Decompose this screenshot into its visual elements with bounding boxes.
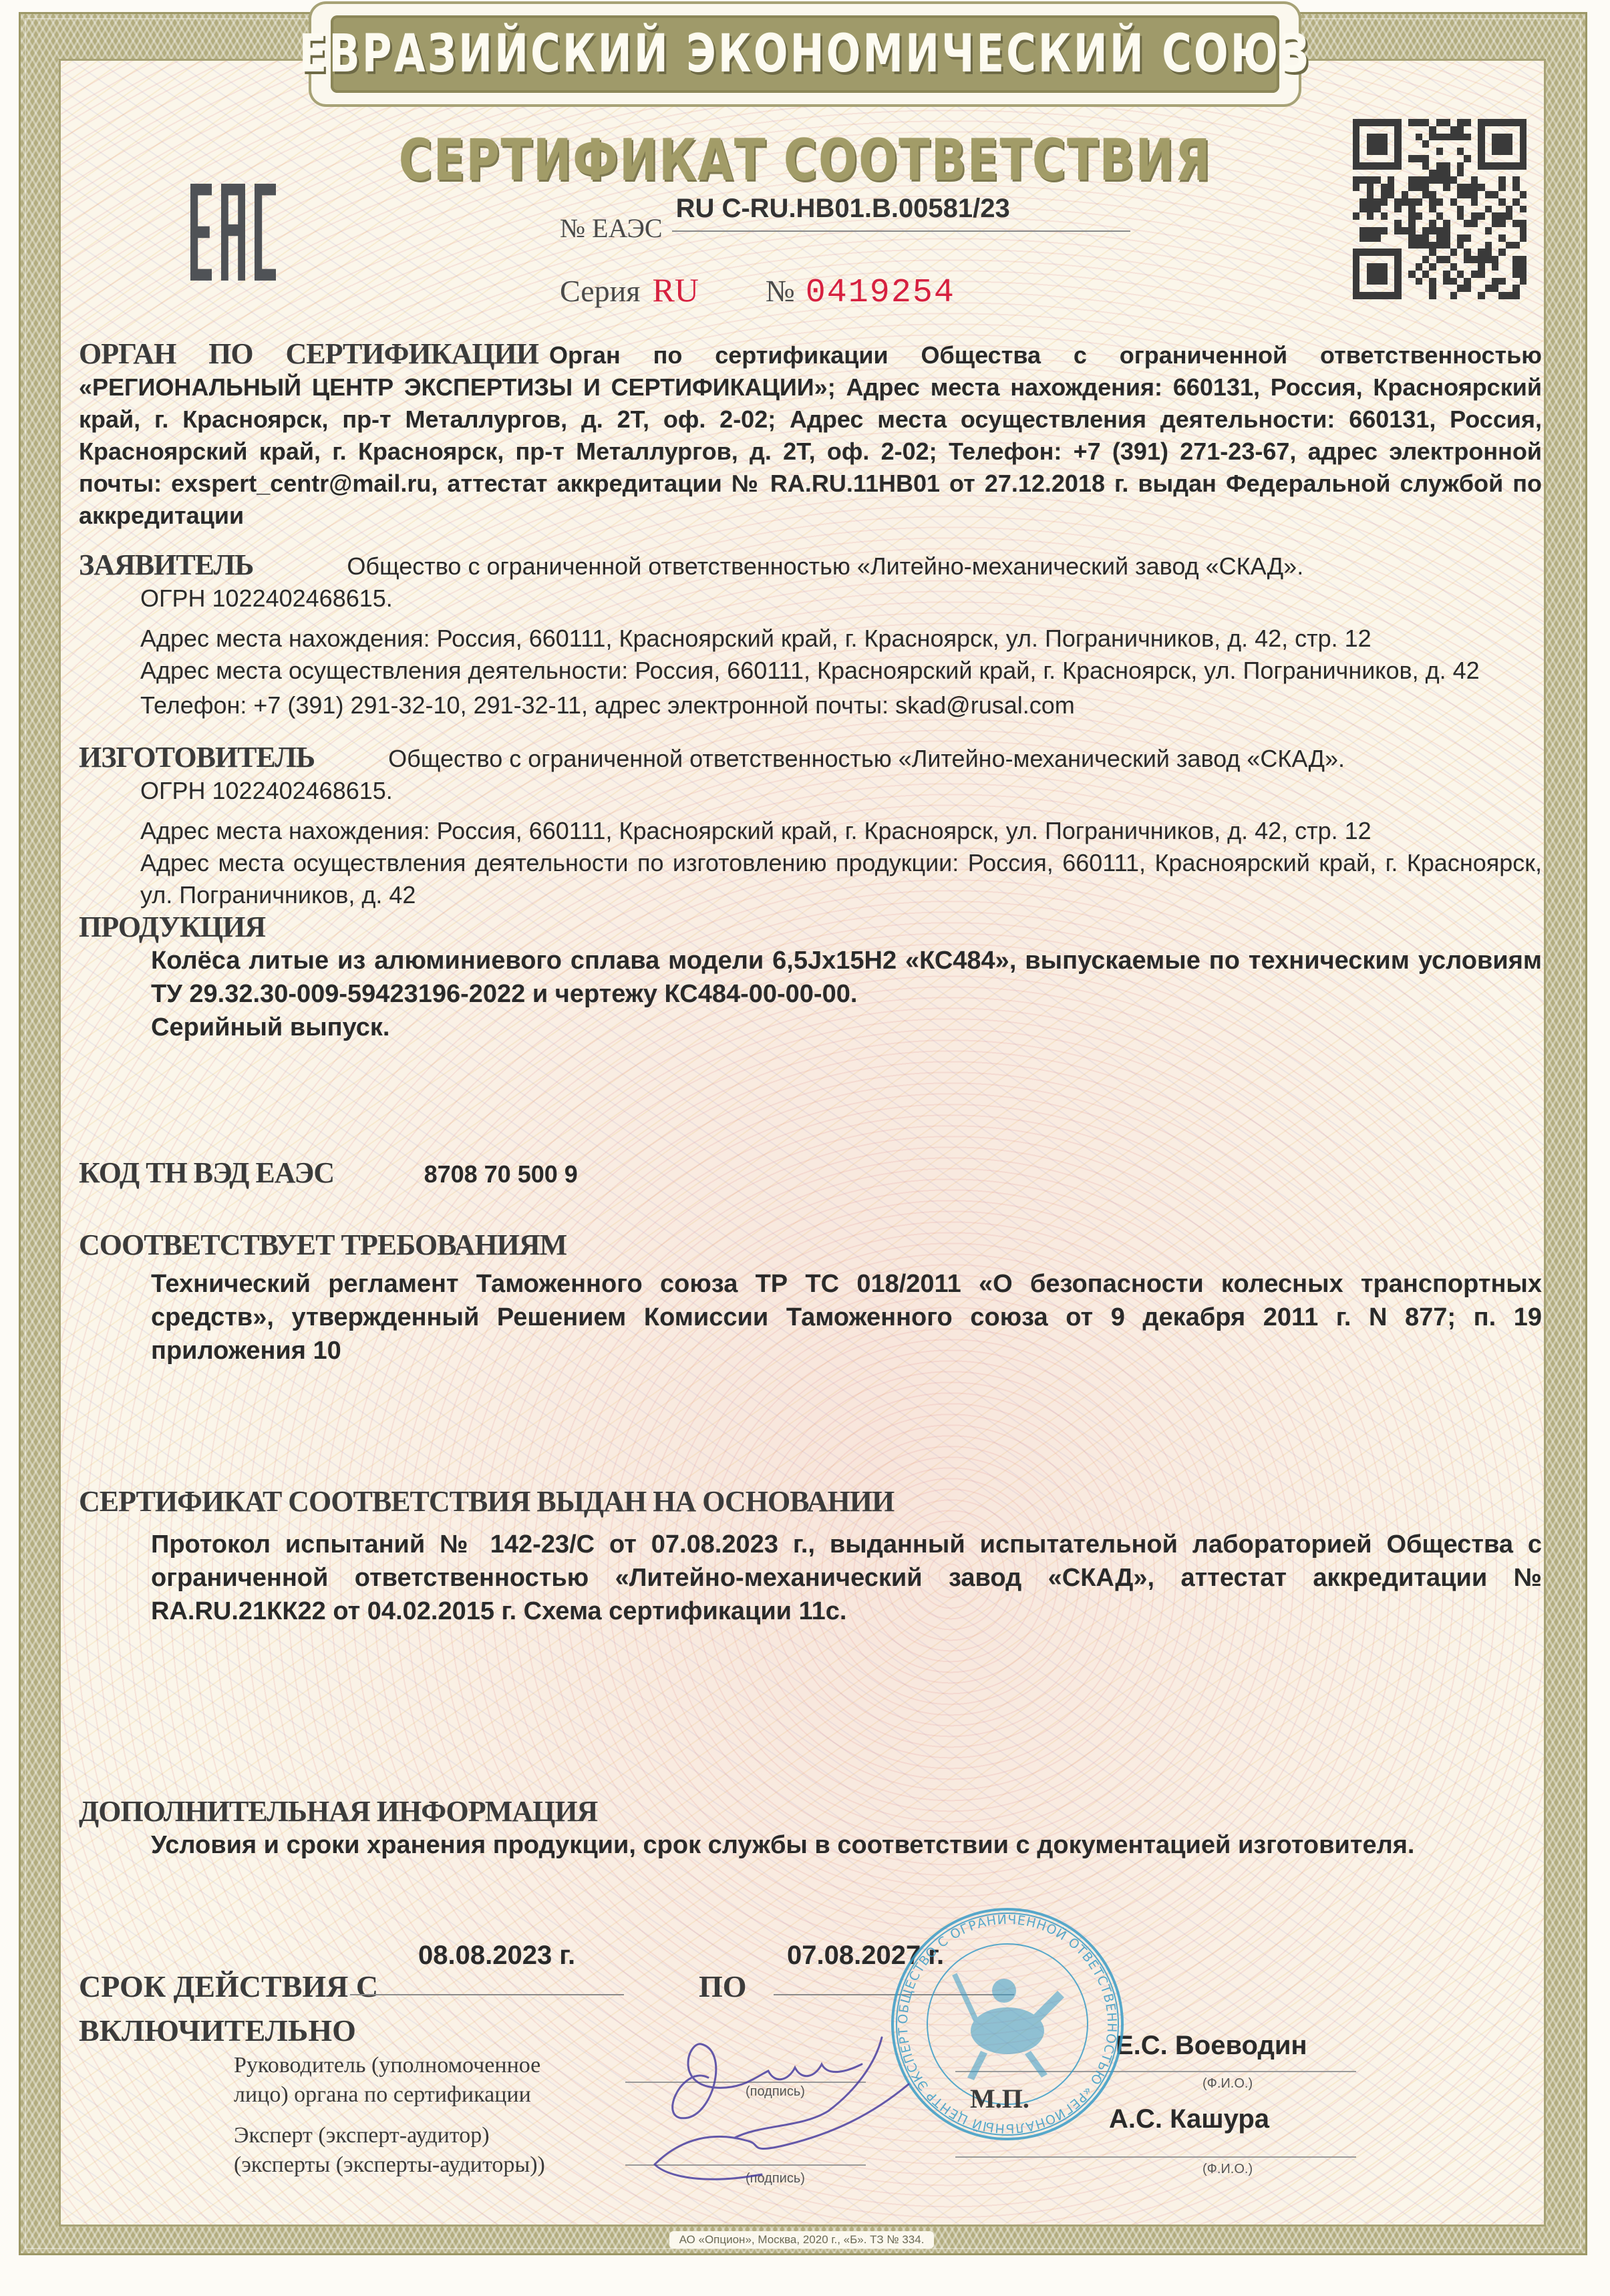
validity-from-label: СРОК ДЕЙСТВИЯ С bbox=[79, 1969, 378, 2004]
applicant-ogrn: ОГРН 1022402468615. bbox=[140, 583, 1542, 615]
manufacturer-heading: ИЗГОТОВИТЕЛЬ bbox=[79, 741, 315, 774]
series-label: Серия bbox=[560, 273, 640, 309]
product-heading: ПРОДУКЦИЯ bbox=[79, 910, 1542, 944]
hs-code-value: 8708 70 500 9 bbox=[424, 1160, 578, 1188]
registration-value: RU C-RU.НВ01.В.00581/23 bbox=[672, 194, 1130, 232]
handwritten-signature-icon bbox=[628, 2024, 942, 2198]
expert-name-caption: (Ф.И.О.) bbox=[1202, 2162, 1253, 2177]
certification-body-section: ОРГАН ПО СЕРТИФИКАЦИИОрган по сертификац… bbox=[79, 338, 1542, 532]
blank-series: Серия RU № 0419254 bbox=[560, 271, 955, 312]
hs-code-heading: КОД ТН ВЭД ЕАЭС bbox=[79, 1156, 334, 1189]
series-value: RU bbox=[652, 271, 698, 309]
registration-label: № ЕАЭС bbox=[560, 212, 663, 244]
stamp-place-label: М.П. bbox=[970, 2083, 1029, 2114]
expert-name: А.С. Кашура bbox=[1109, 2104, 1269, 2134]
applicant-section: ЗАЯВИТЕЛЬ Общество с ограниченной ответс… bbox=[79, 549, 1542, 721]
requirements-heading: СООТВЕТСТВУЕТ ТРЕБОВАНИЯМ bbox=[79, 1228, 1542, 1262]
validity-to-label: ПО bbox=[699, 1969, 747, 2004]
applicant-legal-address: Адрес места нахождения: Россия, 660111, … bbox=[140, 623, 1542, 655]
union-title: ЕВРАЗИЙСКИЙ ЭКОНОМИЧЕСКИЙ СОЮЗ bbox=[299, 24, 1311, 84]
expert-signatory-label: Эксперт (эксперт-аудитор) (эксперты (экс… bbox=[234, 2121, 545, 2180]
qr-code-icon bbox=[1353, 119, 1526, 299]
manufacturer-name: Общество с ограниченной ответственностью… bbox=[388, 745, 1345, 772]
requirements-text: Технический регламент Таможенного союза … bbox=[79, 1267, 1542, 1367]
printer-imprint: АО «Опцион», Москва, 2020 г., «Б». ТЗ № … bbox=[669, 2231, 934, 2249]
additional-info-section: ДОПОЛНИТЕЛЬНАЯ ИНФОРМАЦИЯ Условия и срок… bbox=[79, 1794, 1542, 1862]
eac-logo-icon bbox=[190, 184, 291, 281]
certification-body-heading: ОРГАН ПО СЕРТИФИКАЦИИ bbox=[79, 337, 538, 370]
blank-number-label: № bbox=[766, 273, 795, 309]
product-section: ПРОДУКЦИЯ Колёса литые из алюминиевого с… bbox=[79, 910, 1542, 1044]
requirements-section: СООТВЕТСТВУЕТ ТРЕБОВАНИЯМ Технический ре… bbox=[79, 1228, 1542, 1367]
basis-text: Протокол испытаний № 142-23/С от 07.08.2… bbox=[79, 1528, 1542, 1628]
product-description: Колёса литые из алюминиевого сплава моде… bbox=[151, 944, 1542, 1011]
validity-inclusive-label: ВКЛЮЧИТЕЛЬНО bbox=[79, 2013, 356, 2048]
basis-section: СЕРТИФИКАТ СООТВЕТСТВИЯ ВЫДАН НА ОСНОВАН… bbox=[79, 1484, 1542, 1628]
applicant-contacts: Телефон: +7 (391) 291-32-10, 291-32-11, … bbox=[140, 689, 1542, 721]
basis-heading: СЕРТИФИКАТ СООТВЕТСТВИЯ ВЫДАН НА ОСНОВАН… bbox=[79, 1484, 1542, 1518]
head-name-caption: (Ф.И.О.) bbox=[1202, 2076, 1253, 2092]
manufacturer-production-address: Адрес места осуществления деятельности п… bbox=[140, 847, 1542, 911]
validity-from-date: 08.08.2023 г. bbox=[418, 1941, 575, 1971]
product-release: Серийный выпуск. bbox=[151, 1011, 1542, 1044]
hs-code-section: КОД ТН ВЭД ЕАЭС 8708 70 500 9 bbox=[79, 1156, 1542, 1190]
additional-info-heading: ДОПОЛНИТЕЛЬНАЯ ИНФОРМАЦИЯ bbox=[79, 1794, 1542, 1828]
blank-number-value: 0419254 bbox=[806, 274, 955, 312]
manufacturer-legal-address: Адрес места нахождения: Россия, 660111, … bbox=[140, 815, 1542, 847]
head-name: Е.С. Воеводин bbox=[1116, 2031, 1307, 2061]
applicant-activity-address: Адрес места осуществления деятельности: … bbox=[140, 655, 1542, 687]
registration-number: № ЕАЭС RU C-RU.НВ01.В.00581/23 bbox=[560, 206, 1130, 244]
manufacturer-ogrn: ОГРН 1022402468615. bbox=[140, 775, 1542, 807]
applicant-name: Общество с ограниченной ответственностью… bbox=[347, 552, 1303, 580]
additional-info-text: Условия и сроки хранения продукции, срок… bbox=[79, 1828, 1542, 1862]
head-signatory-label: Руководитель (уполномоченное лицо) орган… bbox=[234, 2051, 540, 2110]
document-title: СЕРТИФИКАТ СООТВЕТСТВИЯ bbox=[161, 127, 1449, 194]
union-title-plaque: ЕВРАЗИЙСКИЙ ЭКОНОМИЧЕСКИЙ СОЮЗ bbox=[311, 4, 1299, 104]
manufacturer-section: ИЗГОТОВИТЕЛЬ Общество с ограниченной отв… bbox=[79, 742, 1542, 911]
applicant-heading: ЗАЯВИТЕЛЬ bbox=[79, 548, 253, 581]
